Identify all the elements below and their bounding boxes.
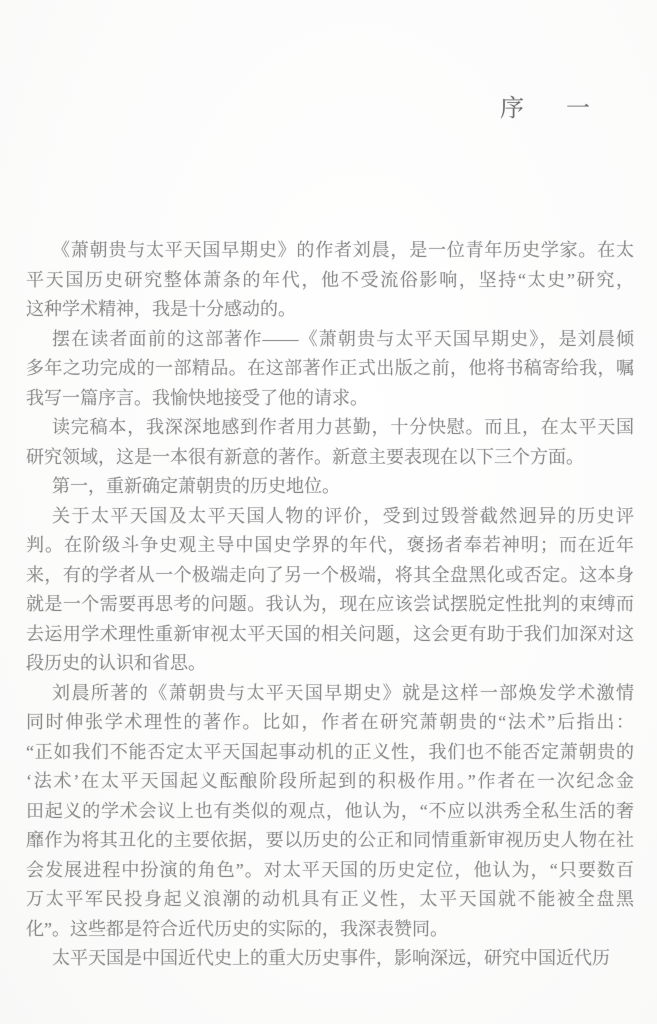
text-line: ‘法术’在太平天国起义酝酿阶段所起到的积极作用。”作者在一次纪念金: [26, 767, 634, 797]
text-line: 第一，重新确定萧朝贵的历史地位。: [26, 472, 634, 502]
text-line: 太平天国是中国近代史上的重大历史事件，影响深远，研究中国近代历: [26, 944, 634, 974]
text-line: 读完稿本，我深深地感到作者用力甚勤，十分快慰。而且，在太平天国: [26, 413, 634, 443]
paragraph: 摆在读者面前的这部著作——《萧朝贵与太平天国早期史》，是刘晨倾多年之功完成的一部…: [26, 325, 634, 414]
text-line: 刘晨所著的《萧朝贵与太平天国早期史》就是这样一部焕发学术激情: [26, 679, 634, 709]
text-line: 靡作为将其丑化的主要依据，要以历史的公正和同情重新审视历史人物在社: [26, 826, 634, 856]
text-line: 判。在阶级斗争史观主导中国史学界的年代，褒扬者奉若神明；而在近年: [26, 531, 634, 561]
text-line: 《萧朝贵与太平天国早期史》的作者刘晨，是一位青年历史学家。在太: [26, 236, 634, 266]
text-line: 来，有的学者从一个极端走向了另一个极端，将其全盘黑化或否定。这本身: [26, 561, 634, 591]
text-line: 平天国历史研究整体萧条的年代，他不受流俗影响，坚持“太史”研究，: [26, 266, 634, 296]
text-line: “正如我们不能否定太平天国起事动机的正义性，我们也不能否定萧朝贵的: [26, 738, 634, 768]
text-line: 摆在读者面前的这部著作——《萧朝贵与太平天国早期史》，是刘晨倾: [26, 325, 634, 355]
text-line: 化”。这些都是符合近代历史的实际的，我深表赞同。: [26, 915, 634, 945]
text-line: 同时伸张学术理性的著作。比如，作者在研究萧朝贵的“法术”后指出：: [26, 708, 634, 738]
paragraph: 关于太平天国及太平天国人物的评价，受到过毁誉截然迥异的历史评判。在阶级斗争史观主…: [26, 502, 634, 679]
text-line: 会发展进程中扮演的角色”。对太平天国的历史定位，他认为，“只要数百: [26, 856, 634, 886]
text-line: 万太平军民投身起义浪潮的动机具有正义性，太平天国就不能被全盘黑: [26, 885, 634, 915]
text-line: 这种学术精神，我是十分感动的。: [26, 295, 634, 325]
paragraph: 第一，重新确定萧朝贵的历史地位。: [26, 472, 634, 502]
paragraph: 刘晨所著的《萧朝贵与太平天国早期史》就是这样一部焕发学术激情同时伸张学术理性的著…: [26, 679, 634, 945]
text-line: 去运用学术理性重新审视太平天国的相关问题，这会更有助于我们加深对这: [26, 620, 634, 650]
paragraph: 太平天国是中国近代史上的重大历史事件，影响深远，研究中国近代历: [26, 944, 634, 974]
text-line: 研究领域，这是一本很有新意的著作。新意主要表现在以下三个方面。: [26, 443, 634, 473]
paragraph: 《萧朝贵与太平天国早期史》的作者刘晨，是一位青年历史学家。在太平天国历史研究整体…: [26, 236, 634, 325]
paragraph: 读完稿本，我深深地感到作者用力甚勤，十分快慰。而且，在太平天国研究领域，这是一本…: [26, 413, 634, 472]
text-line: 段历史的认识和省思。: [26, 649, 634, 679]
scanned-book-page: { "page": { "title": "序 一" }, "document"…: [0, 0, 657, 1024]
text-line: 就是一个需要再思考的问题。我认为，现在应该尝试摆脱定性批判的束缚而: [26, 590, 634, 620]
page-background: 序 一 《萧朝贵与太平天国早期史》的作者刘晨，是一位青年历史学家。在太平天国历史…: [0, 0, 657, 1024]
text-line: 多年之功完成的一部精品。在这部著作正式出版之前，他将书稿寄给我，嘱: [26, 354, 634, 384]
text-line: 田起义的学术会议上也有类似的观点，他认为，“不应以洪秀全私生活的奢: [26, 797, 634, 827]
text-line: 我写一篇序言。我愉快地接受了他的请求。: [26, 384, 634, 414]
text-line: 关于太平天国及太平天国人物的评价，受到过毁誉截然迥异的历史评: [26, 502, 634, 532]
preface-text-block: 《萧朝贵与太平天国早期史》的作者刘晨，是一位青年历史学家。在太平天国历史研究整体…: [26, 236, 634, 974]
page-title: 序 一: [500, 88, 591, 123]
